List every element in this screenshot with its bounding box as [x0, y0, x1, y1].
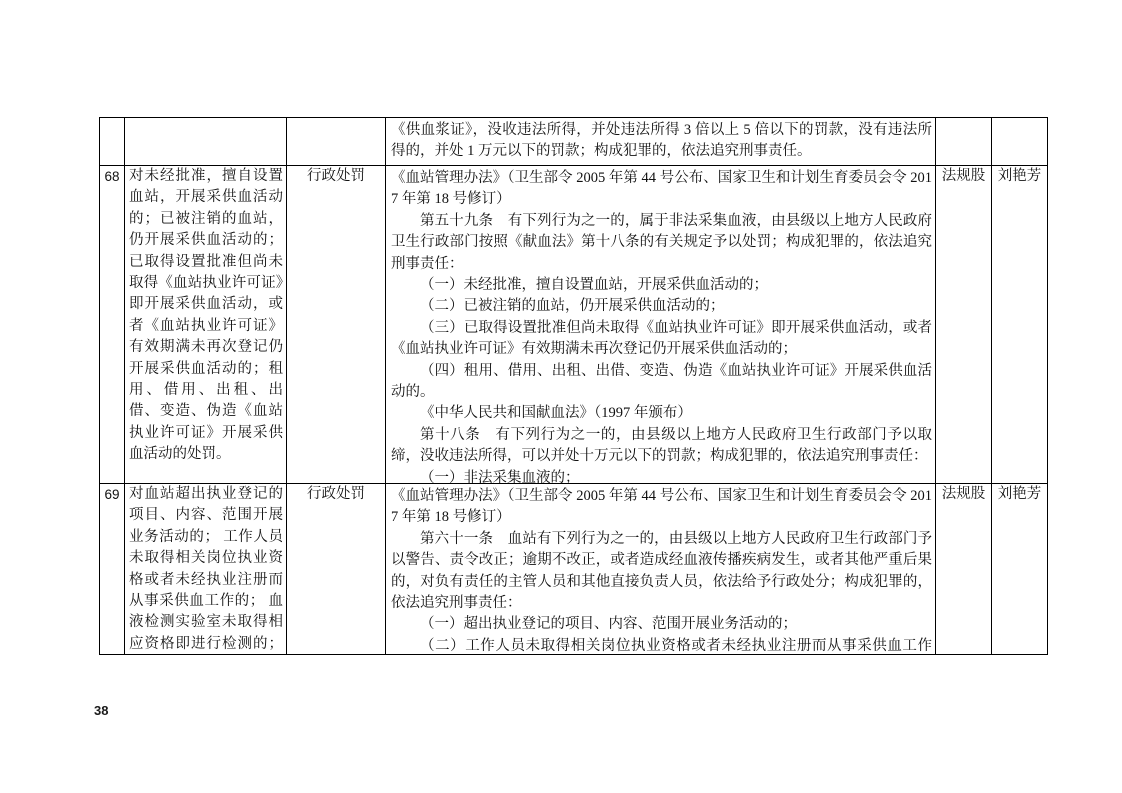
- table-row-continuation: 《供血浆证》，没收违法所得，并处违法所得 3 倍以上 5 倍以下的罚款，没有违法…: [100, 118, 1048, 166]
- legal-paragraph: 第五十九条 有下列行为之一的，属于非法采集血液，由县级以上地方人民政府卫生行政部…: [391, 211, 932, 275]
- legal-paragraph: 《中华人民共和国献血法》（1997 年颁布）: [391, 403, 932, 424]
- violation-desc-cell: 对未经批准，擅自设置血站，开展采供血活动的；已被注销的血站，仍开展采供血活动的；…: [125, 166, 287, 484]
- violation-desc-cell: 对血站超出执业登记的项目、内容、范围开展业务活动的； 工作人员未取得相关岗位执业…: [125, 484, 287, 655]
- legal-paragraph: 《供血浆证》，没收违法所得，并处违法所得 3 倍以上 5 倍以下的罚款，没有违法…: [391, 120, 932, 163]
- responsible-dept-cell: 法规股: [936, 484, 992, 655]
- legal-basis-cell: 《血站管理办法》（卫生部令 2005 年第 44 号公布、国家卫生和计划生育委员…: [386, 166, 936, 484]
- responsible-person-cell: 刘艳芳: [992, 484, 1048, 655]
- penalty-type-cell: 行政处罚: [287, 166, 386, 484]
- legal-paragraph: （一）超出执业登记的项目、内容、范围开展业务活动的；: [391, 614, 932, 635]
- legal-basis-cell: 《血站管理办法》（卫生部令 2005 年第 44 号公布、国家卫生和计划生育委员…: [386, 484, 936, 655]
- document-page: 《供血浆证》，没收违法所得，并处违法所得 3 倍以上 5 倍以下的罚款，没有违法…: [0, 0, 1122, 793]
- legal-paragraph: 第十八条 有下列行为之一的，由县级以上地方人民政府卫生行政部门予以取缔，没收违法…: [391, 425, 932, 468]
- responsible-dept-cell: [936, 118, 992, 166]
- penalty-type-cell: 行政处罚: [287, 484, 386, 655]
- penalty-type-cell: [287, 118, 386, 166]
- seq-cell: 69: [100, 484, 125, 655]
- legal-paragraph: （一）未经批准，擅自设置血站，开展采供血活动的；: [391, 275, 932, 296]
- regulation-table: 《供血浆证》，没收违法所得，并处违法所得 3 倍以上 5 倍以下的罚款，没有违法…: [99, 117, 1048, 655]
- violation-desc-text: 对血站超出执业登记的项目、内容、范围开展业务活动的； 工作人员未取得相关岗位执业…: [129, 484, 283, 652]
- page-number: 38: [94, 703, 108, 718]
- table-row-68: 68 对未经批准，擅自设置血站，开展采供血活动的；已被注销的血站，仍开展采供血活…: [100, 166, 1048, 484]
- legal-paragraph: （一）非法采集血液的；: [391, 468, 932, 483]
- legal-paragraph: 《血站管理办法》（卫生部令 2005 年第 44 号公布、国家卫生和计划生育委员…: [391, 168, 932, 211]
- seq-cell: 68: [100, 166, 125, 484]
- violation-desc-text: 对未经批准，擅自设置血站，开展采供血活动的；已被注销的血站，仍开展采供血活动的；…: [129, 166, 283, 466]
- legal-paragraph: （四）租用、借用、出租、出借、变造、伪造《血站执业许可证》开展采供血活动的。: [391, 361, 932, 404]
- table-row-69: 69 对血站超出执业登记的项目、内容、范围开展业务活动的； 工作人员未取得相关岗…: [100, 484, 1048, 655]
- legal-basis-cell: 《供血浆证》，没收违法所得，并处违法所得 3 倍以上 5 倍以下的罚款，没有违法…: [386, 118, 936, 166]
- legal-paragraph: 第六十一条 血站有下列行为之一的，由县级以上地方人民政府卫生行政部门予以警告、责…: [391, 529, 932, 615]
- responsible-person-cell: [992, 118, 1048, 166]
- legal-paragraph: 《血站管理办法》（卫生部令 2005 年第 44 号公布、国家卫生和计划生育委员…: [391, 486, 932, 529]
- violation-desc-cell: [125, 118, 287, 166]
- seq-cell: [100, 118, 125, 166]
- responsible-person-cell: 刘艳芳: [992, 166, 1048, 484]
- responsible-dept-cell: 法规股: [936, 166, 992, 484]
- legal-paragraph: （三）已取得设置批准但尚未取得《血站执业许可证》即开展采供血活动，或者《血站执业…: [391, 318, 932, 361]
- legal-paragraph: （二）工作人员未取得相关岗位执业资格或者未经执业注册而从事采供血工作的；: [391, 636, 932, 654]
- legal-paragraph: （二）已被注销的血站，仍开展采供血活动的；: [391, 296, 932, 317]
